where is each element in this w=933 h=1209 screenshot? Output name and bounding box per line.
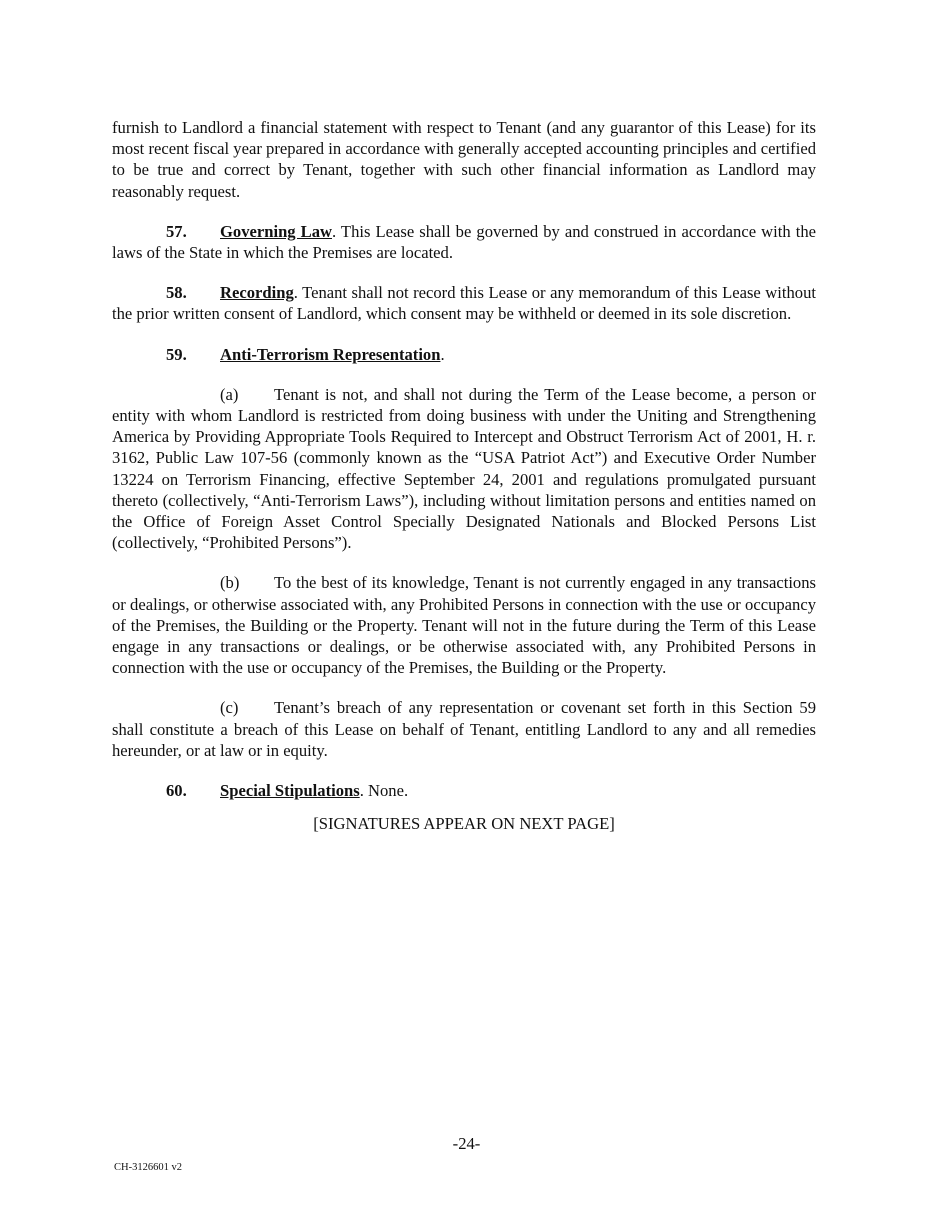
page-number: -24- [0,1133,933,1154]
subsection-c: (c)Tenant’s breach of any representation… [112,697,816,761]
section-heading: Special Stipulations [220,781,360,800]
section-number: 60. [166,780,220,801]
subsection-text: Tenant is not, and shall not during the … [112,385,816,552]
section-60: 60.Special Stipulations. None. [112,780,816,801]
subsection-label: (c) [220,697,274,718]
section-number: 57. [166,221,220,242]
section-text: . [440,345,444,364]
subsection-label: (b) [220,572,274,593]
subsection-text: Tenant’s breach of any representation or… [112,698,816,759]
section-heading: Recording [220,283,294,302]
subsection-a: (a)Tenant is not, and shall not during t… [112,384,816,554]
section-number: 59. [166,344,220,365]
section-57: 57.Governing Law. This Lease shall be go… [112,221,816,263]
section-58: 58.Recording. Tenant shall not record th… [112,282,816,324]
document-page: furnish to Landlord a financial statemen… [112,117,816,834]
section-heading: Anti-Terrorism Representation [220,345,440,364]
section-59: 59.Anti-Terrorism Representation. [112,344,816,365]
subsection-label: (a) [220,384,274,405]
document-id: CH-3126601 v2 [114,1157,182,1178]
section-text: . None. [360,781,408,800]
section-number: 58. [166,282,220,303]
subsection-text: To the best of its knowledge, Tenant is … [112,573,816,677]
signature-note: [SIGNATURES APPEAR ON NEXT PAGE] [112,813,816,834]
subsection-b: (b)To the best of its knowledge, Tenant … [112,572,816,678]
section-heading: Governing Law [220,222,332,241]
continuation-paragraph: furnish to Landlord a financial statemen… [112,117,816,202]
